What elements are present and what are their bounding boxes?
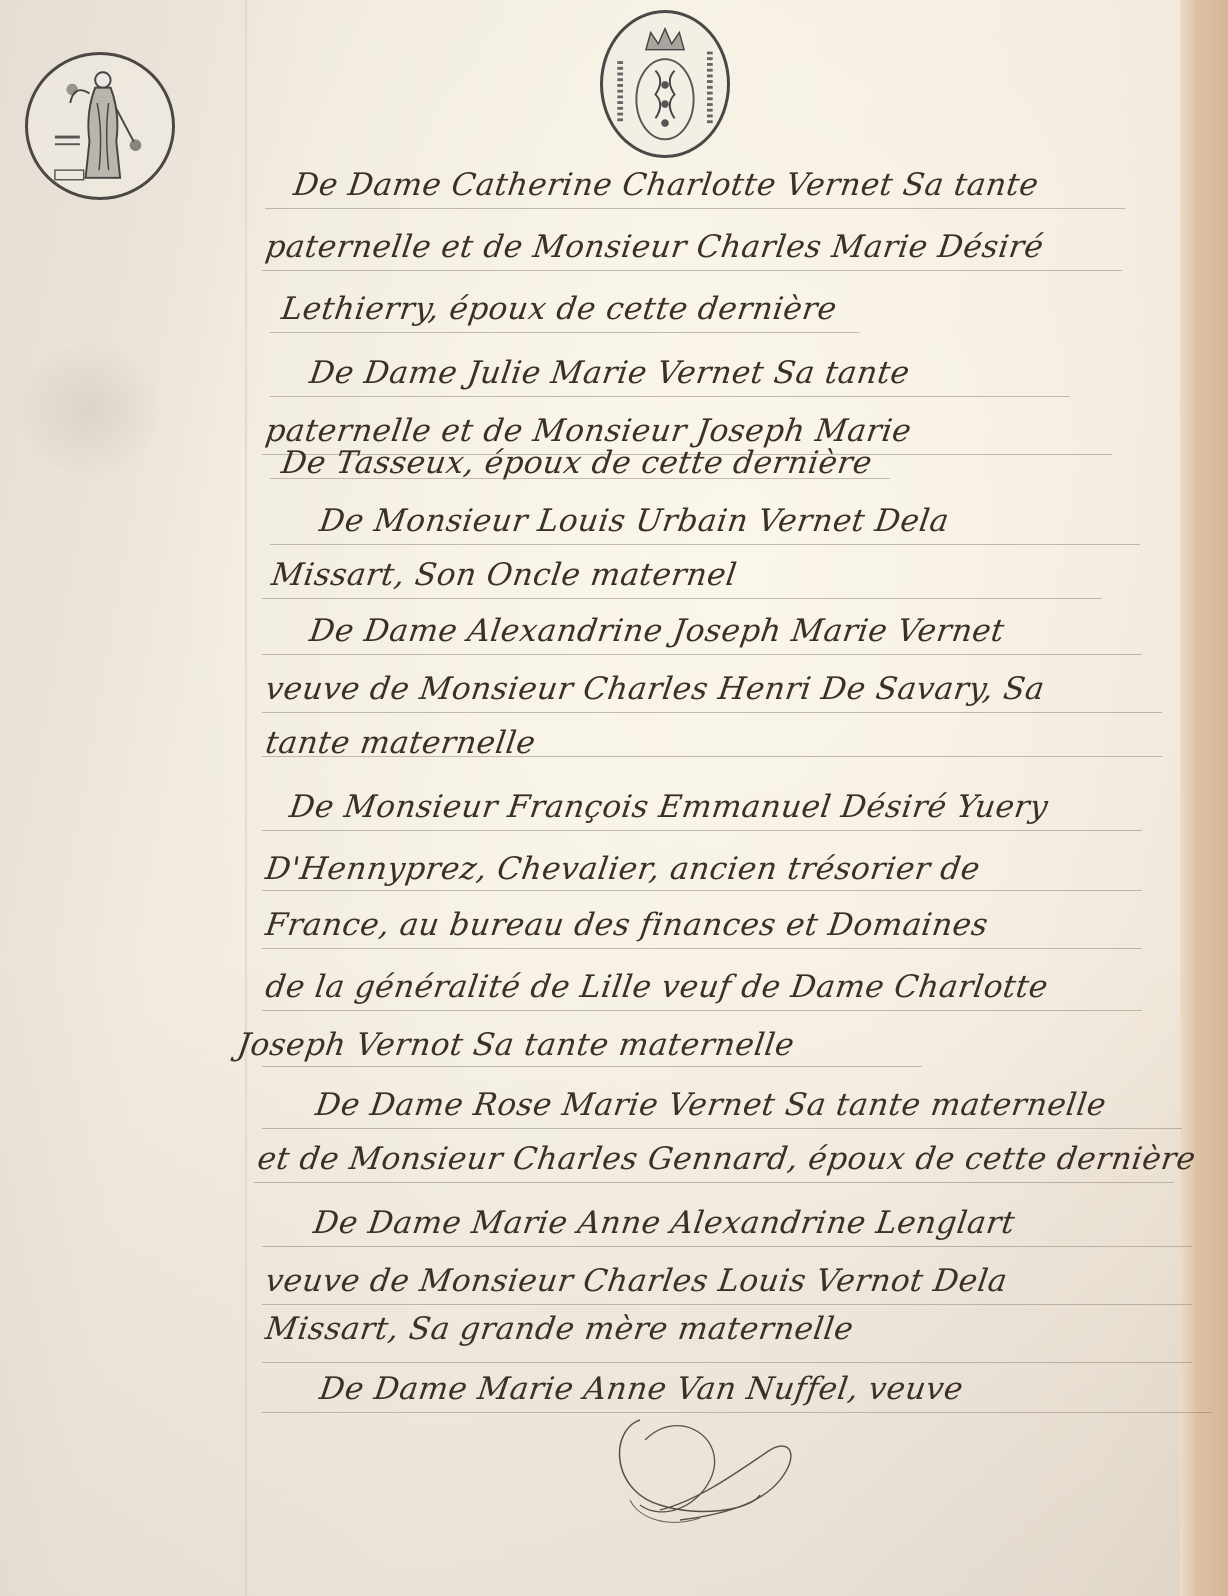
line-rule (262, 890, 1142, 891)
line-rule (262, 1010, 1142, 1011)
line-rule (262, 948, 1142, 949)
manuscript-line: Missart, Sa grande mère maternelle (262, 1302, 857, 1356)
line-rule (262, 712, 1162, 713)
line-rule (262, 1066, 922, 1067)
line-rule (270, 478, 890, 479)
manuscript-line: tante maternelle (262, 716, 539, 770)
manuscript-line: veuve de Monsieur Charles Henri De Savar… (262, 662, 1048, 716)
manuscript-line: De Dame Catherine Charlotte Vernet Sa ta… (290, 158, 1042, 212)
signature-paraph-icon (600, 1410, 820, 1560)
manuscript-line: De Dame Julie Marie Vernet Sa tante (306, 346, 913, 400)
manuscript-body: De Dame Catherine Charlotte Vernet Sa ta… (0, 0, 1228, 1596)
manuscript-line: De Dame Alexandrine Joseph Marie Vernet (306, 604, 1008, 658)
line-rule (270, 396, 1070, 397)
line-rule (262, 756, 1162, 757)
manuscript-line: De Tasseux, époux de cette dernière (278, 436, 876, 490)
manuscript-line: et de Monsieur Charles Gennard, époux de… (254, 1132, 1199, 1186)
manuscript-line: De Monsieur Louis Urbain Vernet Dela (316, 494, 953, 548)
manuscript-line: France, au bureau des finances et Domain… (262, 898, 992, 952)
line-rule (270, 332, 860, 333)
manuscript-line: veuve de Monsieur Charles Louis Vernot D… (262, 1254, 1011, 1308)
manuscript-line: De Dame Marie Anne Alexandrine Lenglart (310, 1196, 1018, 1250)
manuscript-line: Lethierry, époux de cette dernière (278, 282, 840, 336)
manuscript-line: D'Hennyprez, Chevalier, ancien trésorier… (262, 842, 984, 896)
line-rule (262, 830, 1142, 831)
manuscript-line: De Dame Marie Anne Van Nuffel, veuve (316, 1362, 967, 1416)
manuscript-line: paternelle et de Monsieur Charles Marie … (262, 220, 1047, 274)
manuscript-line: de la généralité de Lille veuf de Dame C… (262, 960, 1052, 1014)
line-rule (262, 270, 1122, 271)
line-rule (265, 208, 1125, 209)
manuscript-line: Joseph Vernot Sa tante maternelle (234, 1018, 798, 1072)
line-rule (254, 1182, 1174, 1183)
line-rule (270, 544, 1140, 545)
manuscript-line: De Monsieur François Emmanuel Désiré Yue… (286, 780, 1052, 834)
line-rule (262, 598, 1102, 599)
line-rule (262, 654, 1142, 655)
manuscript-line: De Dame Rose Marie Vernet Sa tante mater… (312, 1078, 1110, 1132)
line-rule (262, 1128, 1182, 1129)
line-rule (262, 1246, 1192, 1247)
manuscript-line: Missart, Son Oncle maternel (268, 548, 740, 602)
